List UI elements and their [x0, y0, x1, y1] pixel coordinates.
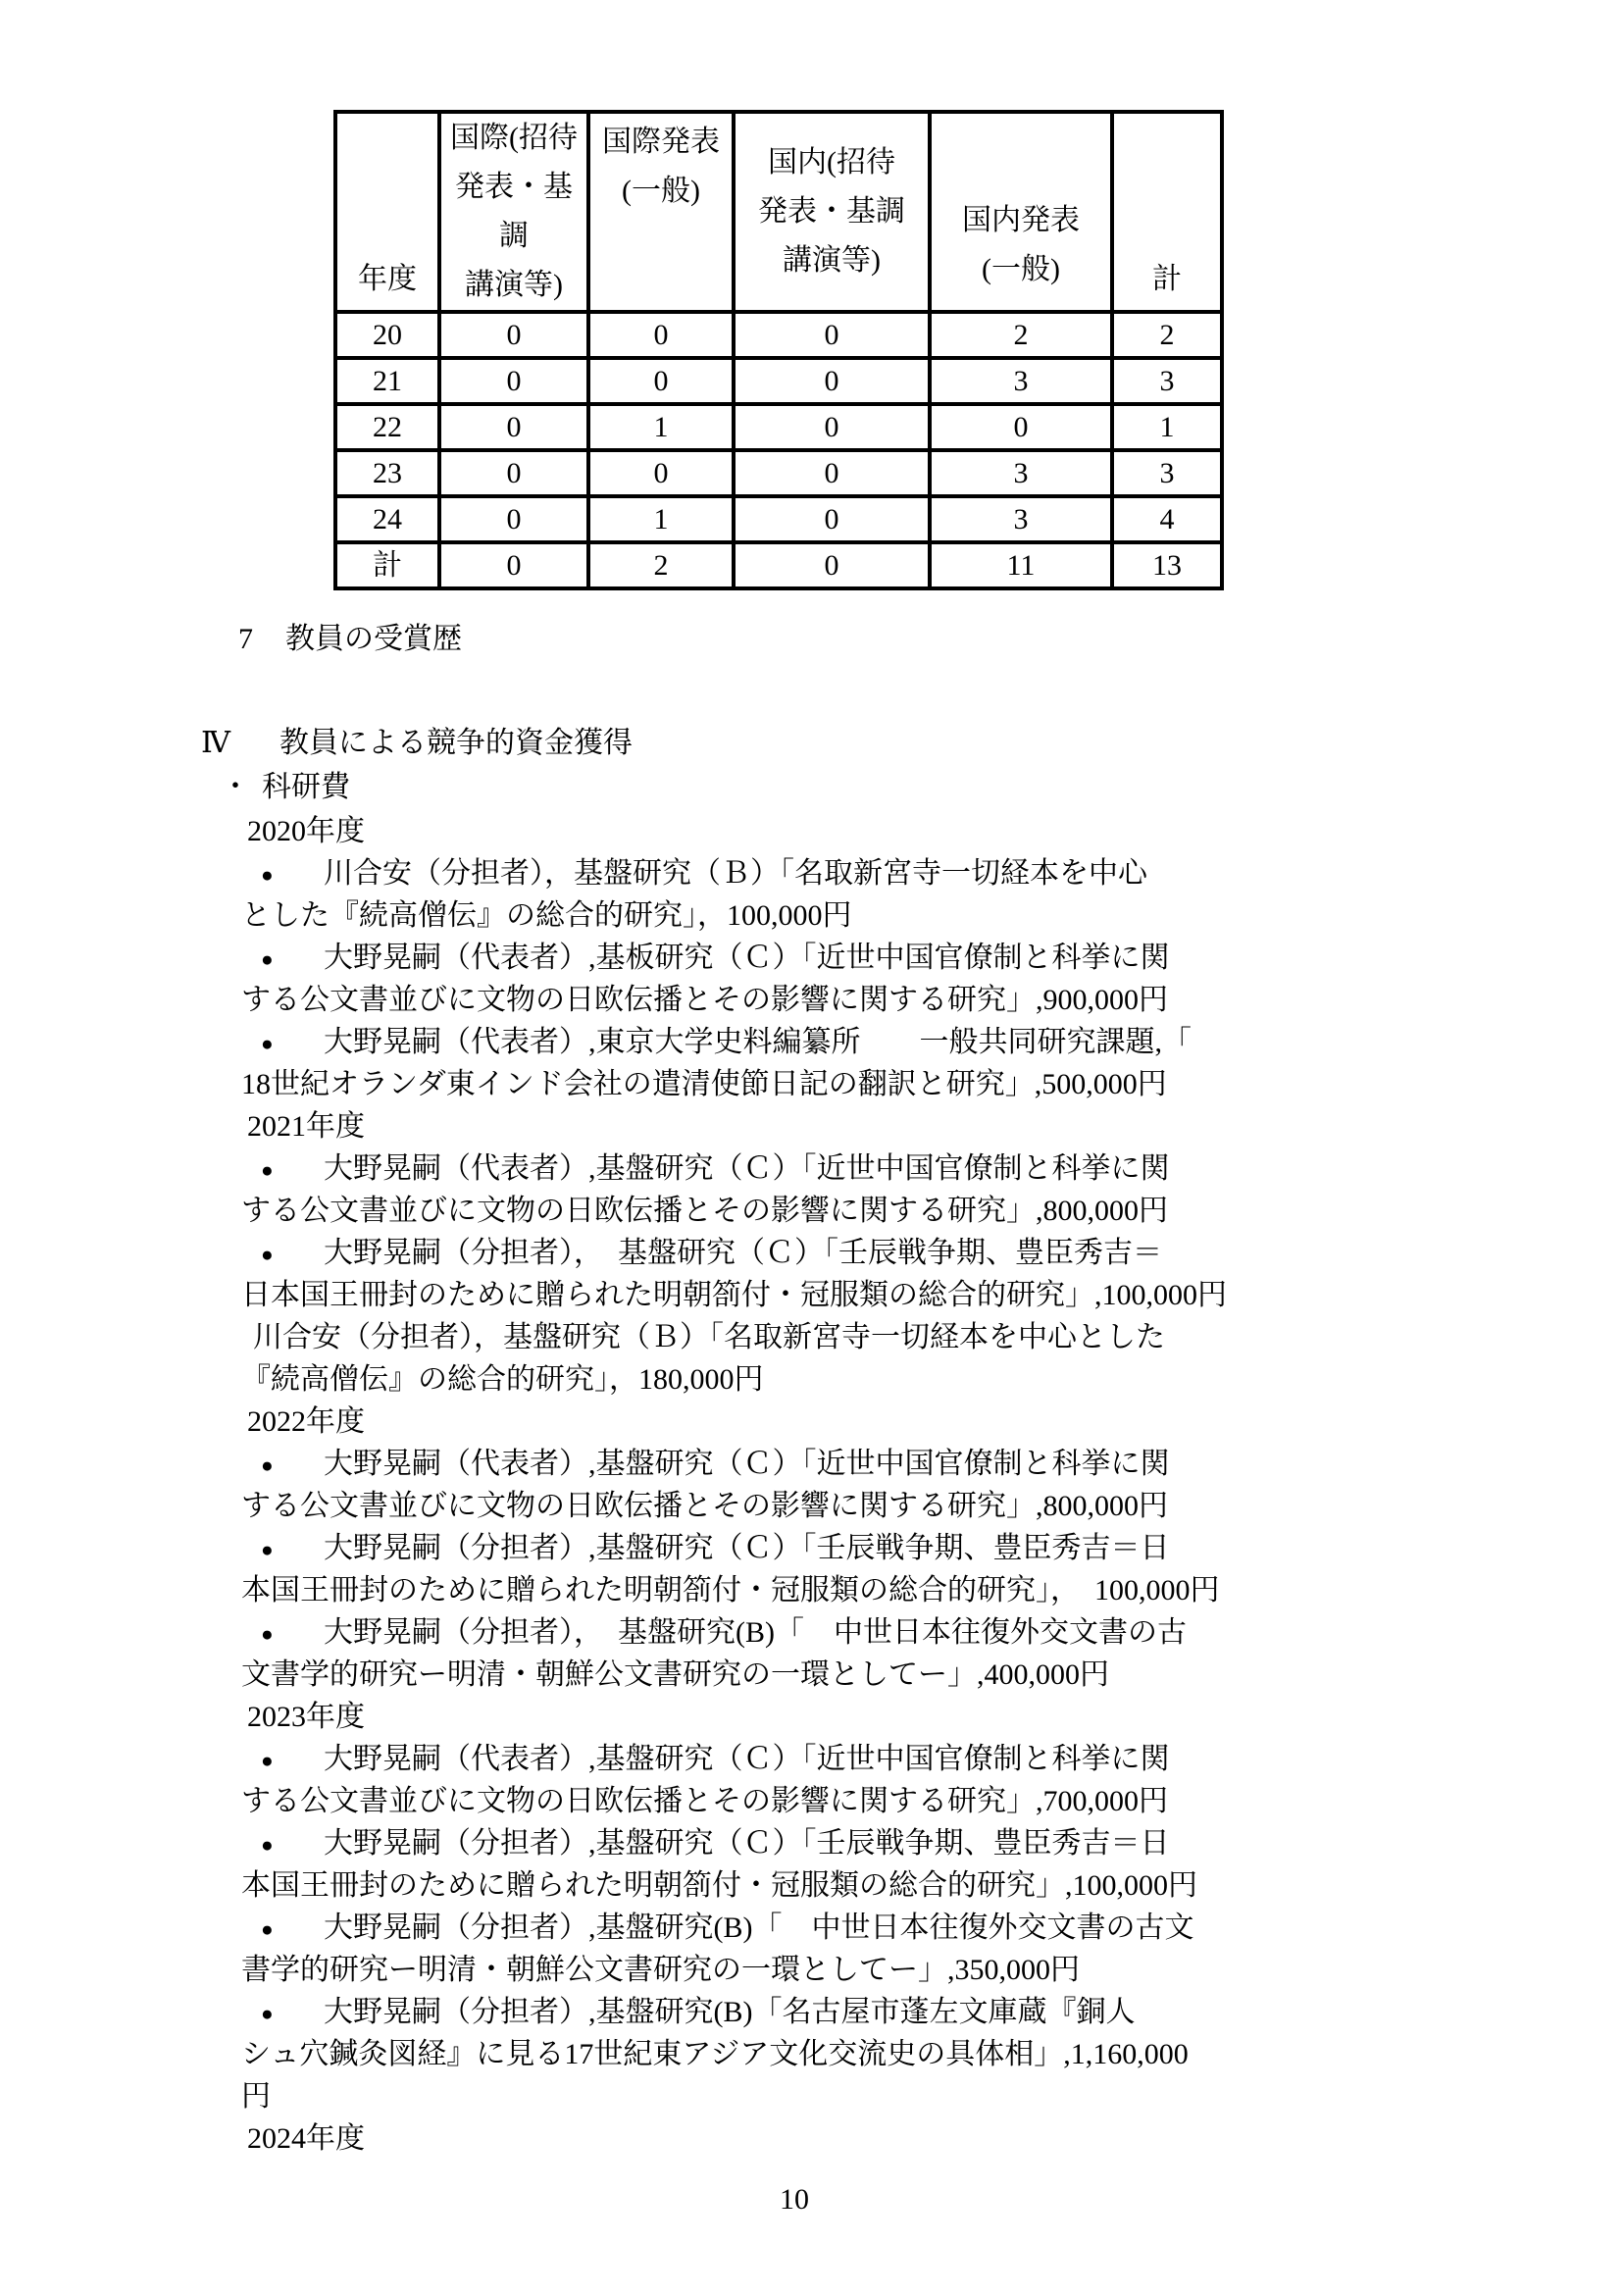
table-cell: 24 [335, 496, 439, 542]
table-cell: 23 [335, 450, 439, 496]
funding-line-cont: する公文書並びに文物の日欧伝播とその影響に関する研究」,800,000円 [0, 1485, 1624, 1527]
table-cell: 3 [930, 450, 1112, 496]
funding-line-cont: 文書学的研究ー明清・朝鮮公文書研究の一環としてー」,400,000円 [0, 1654, 1624, 1696]
bullet-icon: ● [261, 1993, 324, 2035]
funding-heading-text: 教員による競争的資金獲得 [279, 727, 633, 759]
funding-line-bullet: ●川合安（分担者），基盤研究（Ｂ）「名取新宮寺一切経本を中心 [0, 852, 1624, 894]
funding-line-bullet: ●大野晃嗣（分担者）， 基盤研究（Ｃ）「壬辰戦争期、豊臣秀吉＝ [0, 1232, 1624, 1274]
table-cell: 0 [588, 450, 734, 496]
table-cell: 13 [1112, 542, 1222, 588]
document-page: 年度国際(招待 発表・基調 講演等)国際発表 (一般)国内(招待 発表・基調 講… [0, 0, 1624, 2294]
table-cell: 2 [930, 312, 1112, 358]
funding-heading-numeral: Ⅳ [201, 727, 230, 759]
funding-line-year: 2022年度 [0, 1401, 1624, 1443]
funding-line-bullet: ●大野晃嗣（分担者）， 基盤研究(B)「 中世日本往復外交文書の古 [0, 1611, 1624, 1654]
bullet-icon: ● [261, 1529, 324, 1571]
funding-section-heading: Ⅳ教員による競争的資金獲得 [201, 722, 633, 764]
funding-line-text: 大野晃嗣（分担者）， 基盤研究（Ｃ）「壬辰戦争期、豊臣秀吉＝ [324, 1237, 1162, 1269]
funding-line-bullet: ●大野晃嗣（代表者）,東京大学史料編纂所 一般共同研究課題,「 [0, 1021, 1624, 1063]
table-cell: 21 [335, 358, 439, 404]
funding-line-cont: する公文書並びに文物の日欧伝播とその影響に関する研究」,700,000円 [0, 1780, 1624, 1822]
funding-line-bullet: ●大野晃嗣（分担者）,基盤研究（Ｃ）「壬辰戦争期、豊臣秀吉＝日 [0, 1527, 1624, 1569]
funding-line-year: 2023年度 [0, 1696, 1624, 1738]
funding-line-bullet: ●大野晃嗣（代表者）,基板研究（Ｃ）「近世中国官僚制と科挙に関 [0, 937, 1624, 979]
table-cell: 0 [439, 404, 588, 450]
kakenhi-bullet-marker: ・ [221, 771, 250, 803]
funding-line-text: 大野晃嗣（代表者）,基盤研究（Ｃ）「近世中国官僚制と科挙に関 [324, 1743, 1170, 1775]
table-cell: 3 [930, 358, 1112, 404]
bullet-icon: ● [261, 1909, 324, 1951]
table-cell: 0 [588, 312, 734, 358]
column-header: 国内(招待 発表・基調 講演等) [734, 112, 930, 312]
table-cell: 0 [439, 496, 588, 542]
table-cell: 3 [930, 496, 1112, 542]
table-cell: 0 [930, 404, 1112, 450]
funding-line-bullet: ●大野晃嗣（分担者）,基盤研究(B)「名古屋市蓬左文庫蔵『銅人 [0, 1991, 1624, 2033]
bullet-icon: ● [261, 1445, 324, 1487]
bullet-icon: ● [261, 1740, 324, 1782]
funding-line-bullet: ●大野晃嗣（分担者）,基盤研究(B)「 中世日本往復外交文書の古文 [0, 1907, 1624, 1949]
table-row: 計0201113 [335, 542, 1222, 588]
funding-line-bullet: ●大野晃嗣（代表者）,基盤研究（Ｃ）「近世中国官僚制と科挙に関 [0, 1738, 1624, 1780]
funding-line-cont: 円 [0, 2075, 1624, 2117]
bullet-icon: ● [261, 1824, 324, 1866]
table-cell: 0 [734, 312, 930, 358]
table-cell: 0 [734, 358, 930, 404]
table-row: 2401034 [335, 496, 1222, 542]
funding-line-year: 2024年度 [0, 2117, 1624, 2160]
funding-line-cont: 本国王冊封のために贈られた明朝箚付・冠服類の総合的研究」， 100,000円 [0, 1569, 1624, 1611]
funding-line-cont: 『続高僧伝』の総合的研究」，180,000円 [0, 1358, 1624, 1401]
funding-line-cont: する公文書並びに文物の日欧伝播とその影響に関する研究」,900,000円 [0, 979, 1624, 1021]
bullet-icon: ● [261, 1149, 324, 1192]
table-cell: 0 [734, 496, 930, 542]
table-body: 20000222100033220100123000332401034計0201… [335, 312, 1222, 588]
awards-heading-text: 教員の受賞歴 [285, 623, 462, 655]
table-cell: 22 [335, 404, 439, 450]
column-header: 国内発表 (一般) [930, 112, 1112, 312]
table-cell: 1 [588, 496, 734, 542]
funding-line-year: 2021年度 [0, 1105, 1624, 1147]
bullet-icon: ● [261, 939, 324, 981]
funding-line-text: 大野晃嗣（代表者）,東京大学史料編纂所 一般共同研究課題,「 [324, 1026, 1192, 1058]
table-cell: 11 [930, 542, 1112, 588]
awards-heading: 7教員の受賞歴 [238, 618, 462, 660]
bullet-icon: ● [261, 854, 324, 896]
column-header: 年度 [335, 112, 439, 312]
table-cell: 4 [1112, 496, 1222, 542]
table-cell: 2 [1112, 312, 1222, 358]
column-header: 国際発表 (一般) [588, 112, 734, 312]
funding-line-bullet: ●大野晃嗣（分担者）,基盤研究（Ｃ）「壬辰戦争期、豊臣秀吉＝日 [0, 1822, 1624, 1864]
funding-line-text: 大野晃嗣（分担者）,基盤研究(B)「 中世日本往復外交文書の古文 [324, 1912, 1194, 1944]
kakenhi-heading-text: 科研費 [262, 771, 350, 803]
funding-line-cont: 書学的研究ー明清・朝鮮公文書研究の一環としてー」,350,000円 [0, 1949, 1624, 1991]
table-cell: 3 [1112, 358, 1222, 404]
funding-line-year: 2020年度 [0, 810, 1624, 852]
table-cell: 1 [588, 404, 734, 450]
funding-line-cont: 日本国王冊封のために贈られた明朝箚付・冠服類の総合的研究」,100,000円 [0, 1274, 1624, 1316]
funding-line-cont: 本国王冊封のために贈られた明朝箚付・冠服類の総合的研究」,100,000円 [0, 1864, 1624, 1907]
funding-line-text: 大野晃嗣（分担者）,基盤研究(B)「名古屋市蓬左文庫蔵『銅人 [324, 1996, 1136, 2028]
bullet-icon: ● [261, 1613, 324, 1656]
table-cell: 3 [1112, 450, 1222, 496]
table-cell: 0 [588, 358, 734, 404]
page-number: 10 [0, 2183, 1589, 2217]
table-cell: 0 [439, 450, 588, 496]
funding-line-text: 大野晃嗣（代表者）,基盤研究（Ｃ）「近世中国官僚制と科挙に関 [324, 1448, 1170, 1480]
funding-line-plain: 川合安（分担者），基盤研究（Ｂ）「名取新宮寺一切経本を中心とした [0, 1316, 1624, 1358]
table-header-row: 年度国際(招待 発表・基調 講演等)国際発表 (一般)国内(招待 発表・基調 講… [335, 112, 1222, 312]
awards-heading-numeral: 7 [238, 623, 253, 655]
table-cell: 20 [335, 312, 439, 358]
table-cell: 0 [734, 404, 930, 450]
table-cell: 0 [734, 542, 930, 588]
kakenhi-heading: ・科研費 [221, 766, 350, 808]
funding-line-cont: シュ穴鍼灸図経』に見る17世紀東アジア文化交流史の具体相」,1,160,000 [0, 2033, 1624, 2075]
table-header: 年度国際(招待 発表・基調 講演等)国際発表 (一般)国内(招待 発表・基調 講… [335, 112, 1222, 312]
funding-lines-block: 2020年度●川合安（分担者），基盤研究（Ｂ）「名取新宮寺一切経本を中心とした『… [0, 810, 1624, 2160]
table-cell: 1 [1112, 404, 1222, 450]
column-header: 計 [1112, 112, 1222, 312]
bullet-icon: ● [261, 1023, 324, 1065]
table-cell: 計 [335, 542, 439, 588]
bullet-icon: ● [261, 1234, 324, 1276]
table-cell: 0 [439, 542, 588, 588]
funding-line-text: 大野晃嗣（代表者）,基盤研究（Ｃ）「近世中国官僚制と科挙に関 [324, 1152, 1170, 1185]
table-row: 2100033 [335, 358, 1222, 404]
funding-line-text: 大野晃嗣（代表者）,基板研究（Ｃ）「近世中国官僚制と科挙に関 [324, 942, 1170, 974]
table-cell: 2 [588, 542, 734, 588]
funding-line-text: 川合安（分担者），基盤研究（Ｂ）「名取新宮寺一切経本を中心 [324, 857, 1147, 890]
funding-line-cont: する公文書並びに文物の日欧伝播とその影響に関する研究」,800,000円 [0, 1190, 1624, 1232]
table-row: 2201001 [335, 404, 1222, 450]
funding-line-text: 大野晃嗣（分担者）,基盤研究（Ｃ）「壬辰戦争期、豊臣秀吉＝日 [324, 1827, 1170, 1860]
table-cell: 0 [439, 312, 588, 358]
column-header: 国際(招待 発表・基調 講演等) [439, 112, 588, 312]
funding-line-bullet: ●大野晃嗣（代表者）,基盤研究（Ｃ）「近世中国官僚制と科挙に関 [0, 1443, 1624, 1485]
funding-line-text: 大野晃嗣（分担者）， 基盤研究(B)「 中世日本往復外交文書の古 [324, 1616, 1187, 1649]
table-cell: 0 [734, 450, 930, 496]
table-row: 2300033 [335, 450, 1222, 496]
table-cell: 0 [439, 358, 588, 404]
table-row: 2000022 [335, 312, 1222, 358]
funding-line-cont: とした『続高僧伝』の総合的研究」，100,000円 [0, 894, 1624, 937]
presentation-count-table: 年度国際(招待 発表・基調 講演等)国際発表 (一般)国内(招待 発表・基調 講… [333, 110, 1224, 590]
funding-line-bullet: ●大野晃嗣（代表者）,基盤研究（Ｃ）「近世中国官僚制と科挙に関 [0, 1147, 1624, 1190]
funding-line-cont: 18世紀オランダ東インド会社の遣清使節日記の翻訳と研究」,500,000円 [0, 1063, 1624, 1105]
funding-line-text: 大野晃嗣（分担者）,基盤研究（Ｃ）「壬辰戦争期、豊臣秀吉＝日 [324, 1532, 1170, 1564]
